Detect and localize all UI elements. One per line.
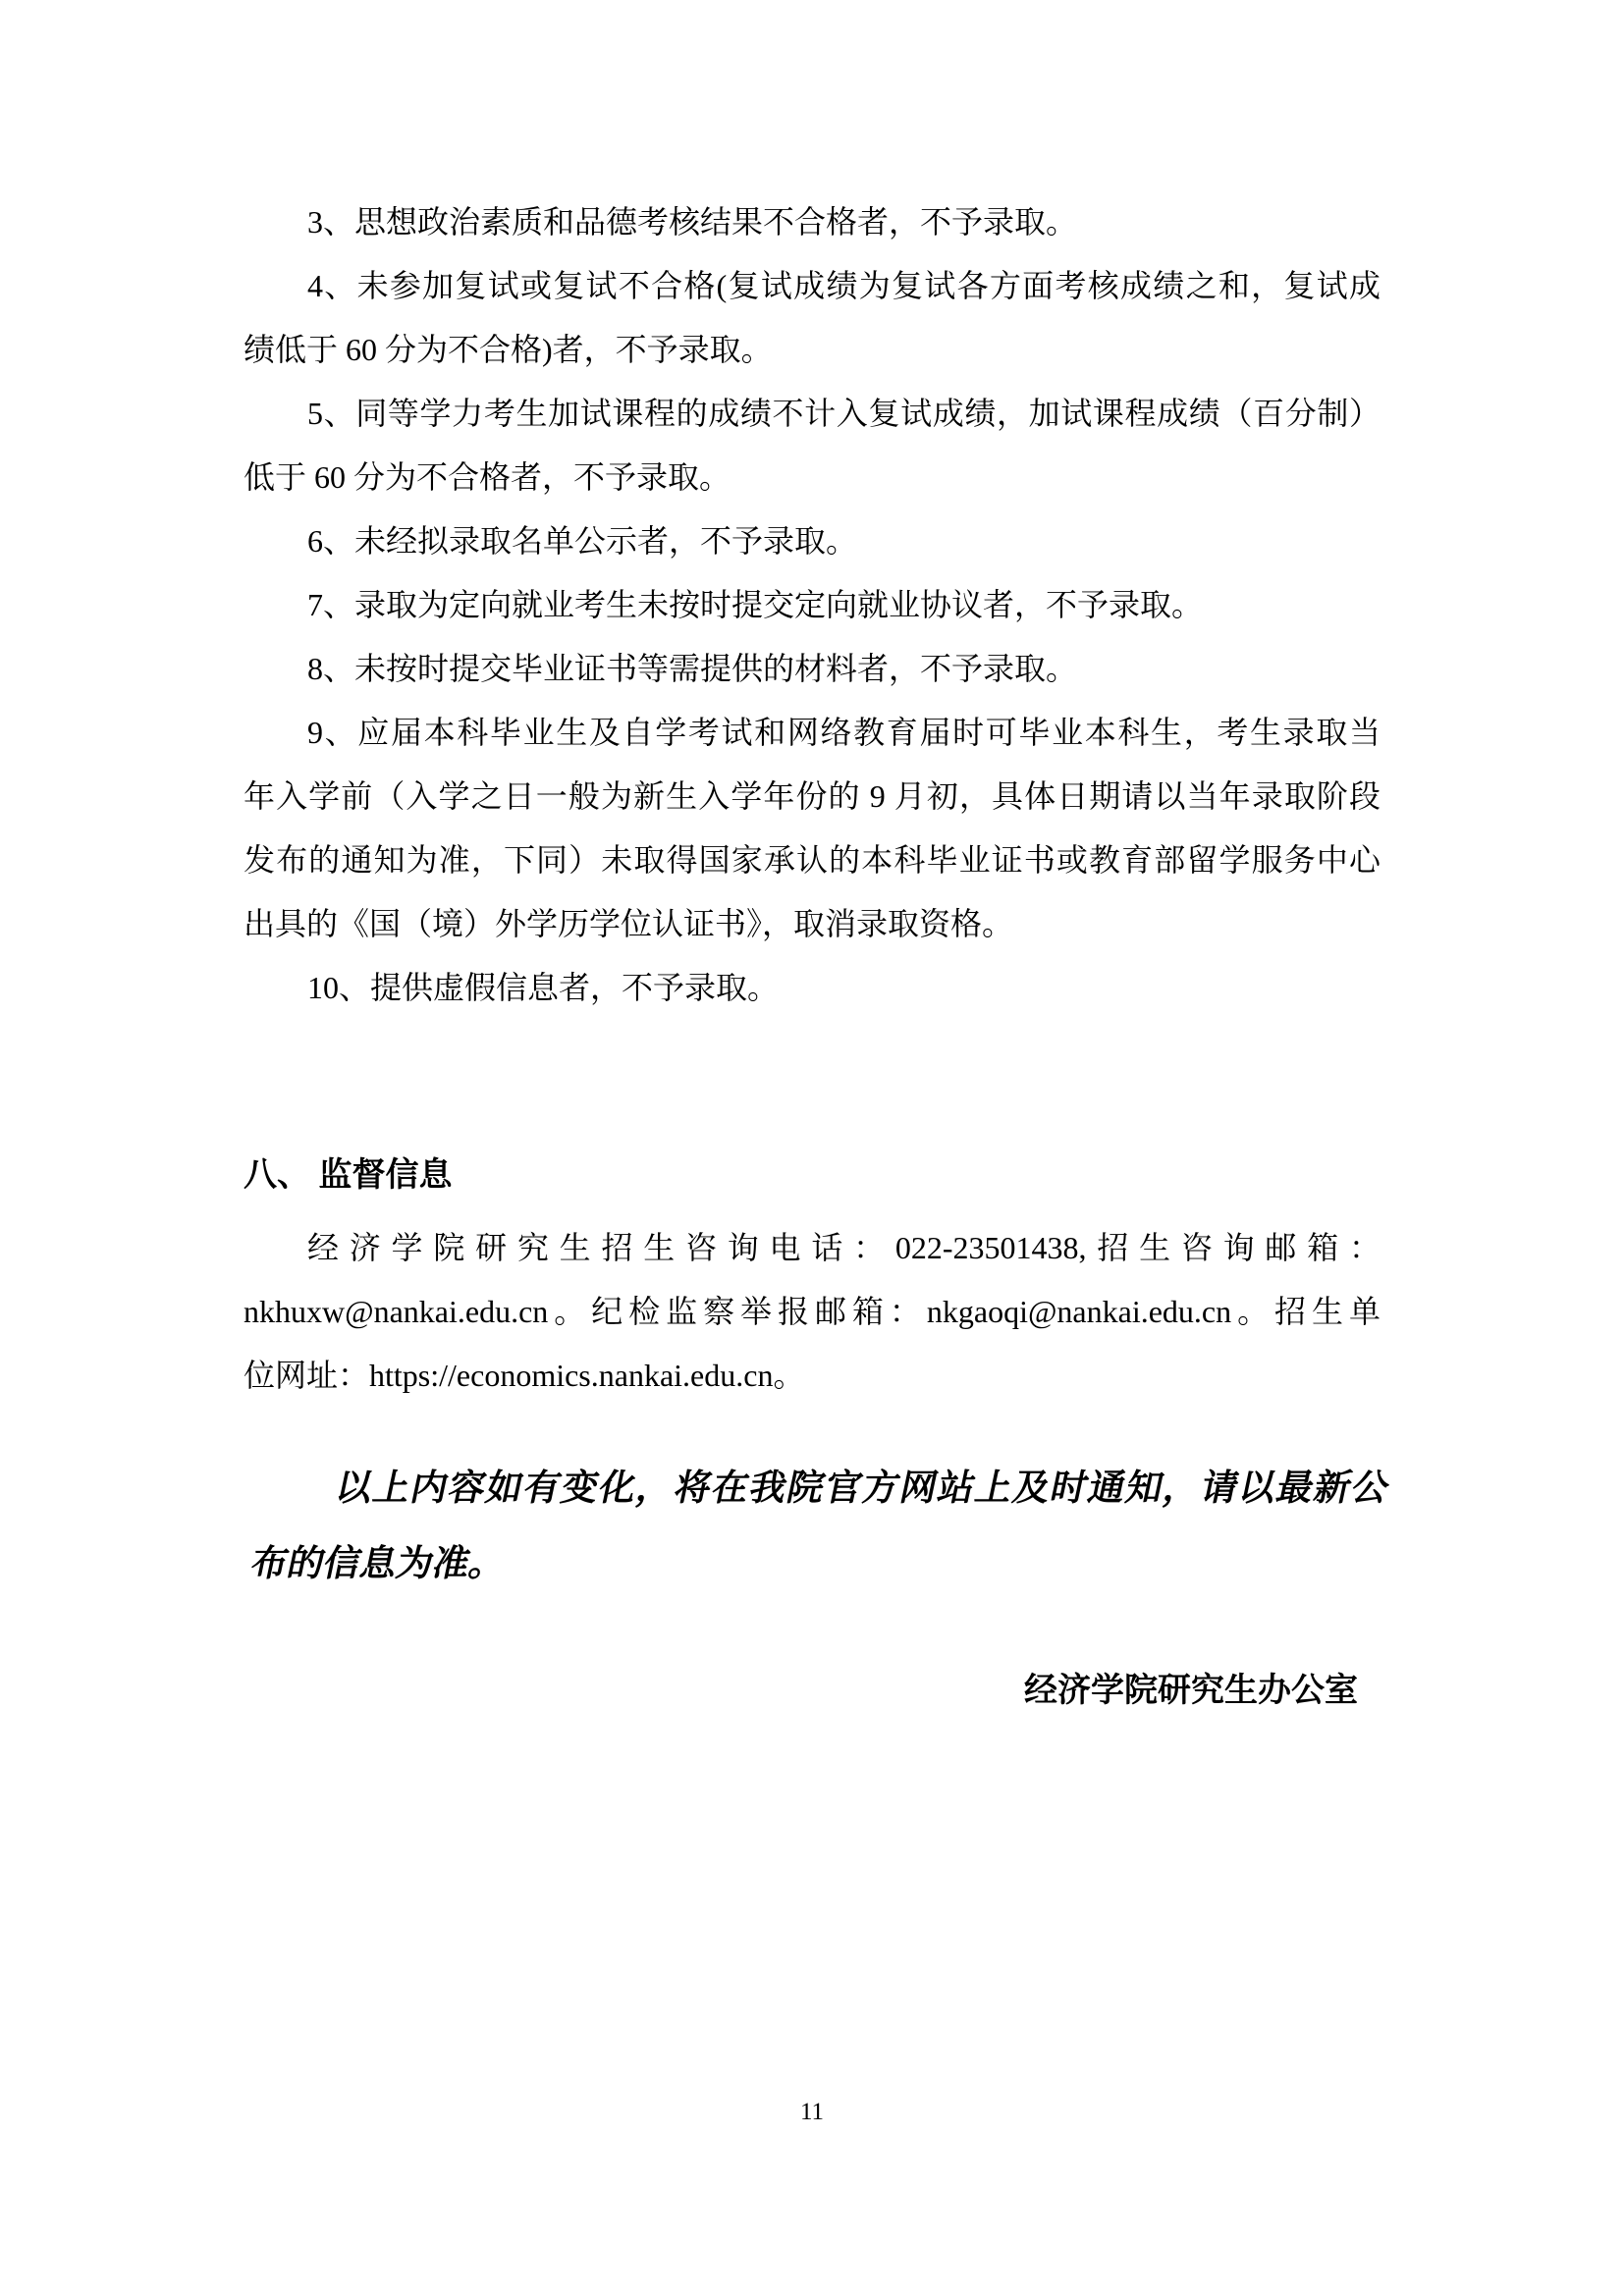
page-number: 11 <box>0 2097 1624 2128</box>
contact-line: nkhuxw@nankai.edu.cn。纪检监察举报邮箱：nkgaoqi@na… <box>244 1280 1380 1344</box>
paragraph-line: 年入学前（入学之日一般为新生入学年份的 9 月初，具体日期请以当年录取阶段 <box>244 765 1380 828</box>
document-page: 3、思想政治素质和品德考核结果不合格者，不予录取。 4、未参加复试或复试不合格(… <box>0 0 1624 2296</box>
list-item-8: 8、未按时提交毕业证书等需提供的材料者，不予录取。 <box>244 637 1380 701</box>
paragraph-line: 10、提供虚假信息者，不予录取。 <box>244 956 1380 1020</box>
notice-line: 布的信息为准。 <box>244 1526 1396 1602</box>
paragraph-line: 5、同等学力考生加试课程的成绩不计入复试成绩，加试课程成绩（百分制） <box>244 382 1380 446</box>
document-body: 3、思想政治素质和品德考核结果不合格者，不予录取。 4、未参加复试或复试不合格(… <box>244 190 1380 1723</box>
list-item-4: 4、未参加复试或复试不合格(复试成绩为复试各方面考核成绩之和，复试成 绩低于 6… <box>244 254 1380 382</box>
notice-line: 以上内容如有变化，将在我院官方网站上及时通知，请以最新公 <box>244 1451 1396 1526</box>
list-item-5: 5、同等学力考生加试课程的成绩不计入复试成绩，加试课程成绩（百分制） 低于 60… <box>244 382 1380 509</box>
paragraph-line: 4、未参加复试或复试不合格(复试成绩为复试各方面考核成绩之和，复试成 <box>244 254 1380 318</box>
list-item-10: 10、提供虚假信息者，不予录取。 <box>244 956 1380 1020</box>
paragraph-line: 绩低于 60 分为不合格)者，不予录取。 <box>244 318 1380 382</box>
change-notice-paragraph: 以上内容如有变化，将在我院官方网站上及时通知，请以最新公 布的信息为准。 <box>244 1451 1380 1602</box>
paragraph-line: 3、思想政治素质和品德考核结果不合格者，不予录取。 <box>244 190 1380 254</box>
paragraph-line: 6、未经拟录取名单公示者，不予录取。 <box>244 509 1380 573</box>
list-item-6: 6、未经拟录取名单公示者，不予录取。 <box>244 509 1380 573</box>
signature-office: 经济学院研究生办公室 <box>244 1659 1380 1723</box>
section-heading-supervision-info: 八、 监督信息 <box>244 1144 1380 1207</box>
paragraph-line: 9、应届本科毕业生及自学考试和网络教育届时可毕业本科生，考生录取当 <box>244 701 1380 765</box>
contact-info-paragraph: 经济学院研究生招生咨询电话：022-23501438,招生咨询邮箱： nkhux… <box>244 1216 1380 1408</box>
paragraph-line: 出具的《国（境）外学历学位认证书》，取消录取资格。 <box>244 892 1380 956</box>
paragraph-line: 8、未按时提交毕业证书等需提供的材料者，不予录取。 <box>244 637 1380 701</box>
list-item-7: 7、录取为定向就业考生未按时提交定向就业协议者，不予录取。 <box>244 573 1380 637</box>
paragraph-line: 发布的通知为准，下同）未取得国家承认的本科毕业证书或教育部留学服务中心 <box>244 828 1380 892</box>
list-item-3: 3、思想政治素质和品德考核结果不合格者，不予录取。 <box>244 190 1380 254</box>
paragraph-line: 7、录取为定向就业考生未按时提交定向就业协议者，不予录取。 <box>244 573 1380 637</box>
contact-line: 位网址：https://economics.nankai.edu.cn。 <box>244 1344 1380 1408</box>
contact-line: 经济学院研究生招生咨询电话：022-23501438,招生咨询邮箱： <box>244 1216 1380 1280</box>
paragraph-line: 低于 60 分为不合格者，不予录取。 <box>244 446 1380 509</box>
list-item-9: 9、应届本科毕业生及自学考试和网络教育届时可毕业本科生，考生录取当 年入学前（入… <box>244 701 1380 956</box>
